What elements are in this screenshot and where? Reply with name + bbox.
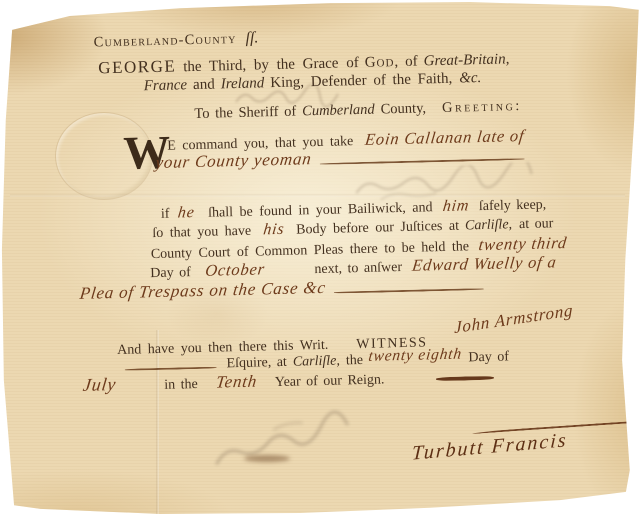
plea-line: Plea of Trespass on the Case &c	[80, 274, 484, 304]
witness-month-handwritten: July	[82, 374, 118, 396]
him-handwritten: him	[441, 197, 469, 216]
great-britain: Great-Britain,	[423, 51, 509, 70]
writ-text-layer: Cumberland-County ſſ. GEORGE the Third, …	[0, 0, 640, 515]
ireland-word: Ireland	[221, 75, 265, 93]
county-heading: Cumberland-County ſſ.	[93, 29, 258, 51]
clerk-signature-handwritten: Turbutt Francis	[411, 429, 568, 466]
witness-day-handwritten: twenty eighth	[368, 346, 464, 366]
return-month-handwritten: October	[204, 259, 266, 281]
have-phrase: ſo that you have	[152, 224, 251, 242]
day-of-label-2: Day of	[468, 349, 509, 366]
etc-mark: &c.	[459, 70, 481, 88]
county-ss-mark: ſſ.	[245, 29, 258, 47]
france-word: France	[144, 77, 188, 95]
scanned-writ-photo: Cumberland-County ſſ. GEORGE the Third, …	[0, 0, 640, 515]
reign-end-dash	[436, 376, 494, 381]
plea-handwritten: Plea of Trespass on the Case &c	[79, 278, 327, 304]
writ-document-paper: Cumberland-County ſſ. GEORGE the Third, …	[0, 0, 640, 515]
in-the-phrase: in the	[164, 377, 198, 394]
king-name: GEORGE	[98, 56, 176, 78]
and-word: and	[193, 77, 215, 95]
reign-phrase: Year of our Reign.	[275, 372, 385, 391]
he-handwritten: he	[176, 204, 195, 222]
signature-line: Turbutt Francis	[411, 429, 569, 465]
the-word: the	[346, 353, 363, 369]
blank-rule	[320, 158, 525, 165]
his-handwritten: his	[262, 221, 285, 240]
county-name: Cumberland-County	[93, 31, 236, 51]
faith-phrase: King, Defender of the Faith,	[270, 71, 452, 92]
keep-phrase: ſafely keep,	[479, 197, 547, 215]
county-word: County,	[380, 100, 426, 118]
plea-rule	[334, 288, 484, 294]
sheriff-phrase: To the Sheriff of	[194, 104, 296, 123]
at-our-phrase: at our	[519, 216, 554, 233]
sheriff-greeting-line: To the Sheriff of Cumberland County, Gre…	[194, 98, 522, 123]
day-of-label: Day of	[150, 265, 191, 282]
residence-handwritten: your County yeoman	[154, 149, 312, 173]
carlisle-italic: Carliſle,	[465, 217, 512, 234]
cumberland-italic: Cumberland	[302, 102, 375, 121]
of-word: of	[405, 54, 418, 71]
esquire-blank-rule	[125, 367, 217, 371]
witness-name-handwritten: John Armstrong	[454, 300, 573, 338]
reign-year-handwritten: Tenth	[215, 372, 258, 393]
witness-name-line: John Armstrong	[453, 301, 575, 338]
if-word: if	[161, 207, 170, 223]
greeting-smallcaps: Greeting:	[442, 98, 522, 117]
god-smallcaps: God,	[365, 54, 400, 72]
plaintiff-name-handwritten: Edward Wuelly of a	[411, 252, 558, 276]
